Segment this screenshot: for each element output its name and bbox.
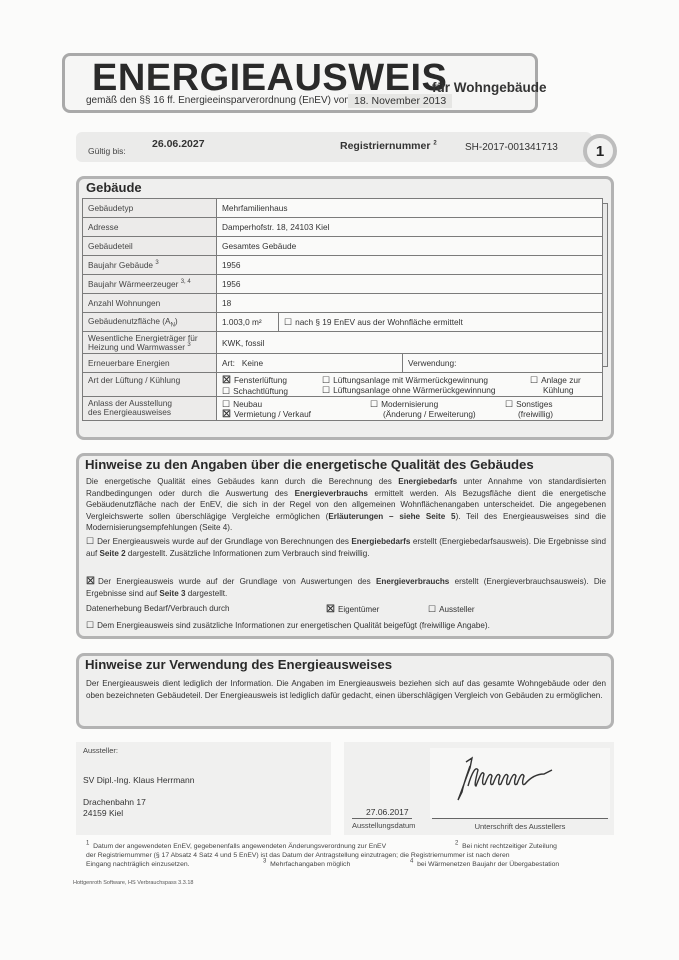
footnote-1: 1 Datum der angewendeten EnEV, gegebenen… xyxy=(86,842,426,851)
option-schachtlueftung[interactable]: ☐Schachtlüftung xyxy=(222,386,322,396)
footnote-text: bei Wärmenetzen Baujahr der Übergabestat… xyxy=(417,861,559,868)
footnote-2-continued: der Registriernummer (§ 17 Absatz 4 Satz… xyxy=(86,851,626,860)
emphasis: Seite 2 xyxy=(100,549,126,558)
row-value: 1956 xyxy=(217,256,603,275)
option-lueftung-ohne-wrg[interactable]: ☐Lüftungsanlage ohne Wärmerückgewinnung xyxy=(322,385,530,395)
option-label: Dem Energieausweis sind zusätzliche Info… xyxy=(97,621,490,630)
usage-notes-title: Hinweise zur Verwendung des Energieauswe… xyxy=(85,657,392,672)
occasion-options: ☐Neubau ☒Vermietung / Verkauf ☐Modernisi… xyxy=(217,397,603,421)
option-modernisierung[interactable]: ☐Modernisierung (Änderung / Erweiterung) xyxy=(370,399,505,420)
row-label: Gebäudeteil xyxy=(83,237,217,256)
additional-info-option[interactable]: ☐Dem Energieausweis sind zusätzliche Inf… xyxy=(86,620,490,631)
row-value: Gesamtes Gebäude xyxy=(217,237,603,256)
table-row: Gebäudetyp Mehrfamilienhaus xyxy=(83,199,603,218)
checkbox-unchecked-icon[interactable]: ☐ xyxy=(530,375,538,385)
signature-label: Unterschrift des Ausstellers xyxy=(432,822,608,831)
option-label: Aussteller xyxy=(439,605,475,614)
checkbox-unchecked-icon[interactable]: ☐ xyxy=(86,536,94,548)
area-option[interactable]: ☐nach § 19 EnEV aus der Wohnfläche ermit… xyxy=(279,313,603,332)
checkbox-unchecked-icon[interactable]: ☐ xyxy=(322,375,330,385)
text: Der Energieausweis wurde auf der Grundla… xyxy=(97,537,351,546)
issuer-street: Drachenbahn 17 xyxy=(83,797,146,807)
emphasis: Energieverbrauchs xyxy=(376,577,449,586)
option-kuehlung[interactable]: ☐Anlage zur Kühlung xyxy=(530,375,581,396)
emphasis: Erläuterungen – siehe Seite 5 xyxy=(328,512,455,521)
row-value: 1956 xyxy=(217,275,603,294)
checkbox-checked-icon[interactable]: ☒ xyxy=(86,576,95,587)
footnote-text: Bei nicht rechtzeitiger Zuteilung xyxy=(462,843,557,850)
art-label: Art: xyxy=(222,358,235,368)
issuer-box xyxy=(76,742,331,835)
checkbox-checked-icon[interactable]: ☒ xyxy=(222,375,231,386)
option-vermietung[interactable]: ☒Vermietung / Verkauf xyxy=(222,409,370,420)
table-row: Wesentliche Energieträger fürHeizung und… xyxy=(83,332,603,354)
footnote-number: 2 xyxy=(455,841,458,847)
checkbox-unchecked-icon[interactable]: ☐ xyxy=(505,399,513,409)
footnote-text: Datum der angewendeten EnEV, gegebenenfa… xyxy=(93,843,386,850)
usage-notes-text: Der Energieausweis dient lediglich der I… xyxy=(86,678,606,701)
footnote-2-end: Eingang nachträglich einzusetzen. xyxy=(86,860,190,869)
option-label: Fensterlüftung xyxy=(234,375,287,385)
row-label: Anlass der Ausstellungdes Energieausweis… xyxy=(83,397,217,421)
row-label-line2: Heizung und Warmwasser xyxy=(88,342,185,352)
option-label: Anlage zur xyxy=(541,375,581,385)
law-date: 18. November 2013 xyxy=(348,94,452,108)
issuer-option[interactable]: ☐Aussteller xyxy=(428,604,475,615)
valid-until-date: 26.06.2027 xyxy=(152,138,205,150)
row-value: Mehrfamilienhaus xyxy=(217,199,603,218)
building-section-title: Gebäude xyxy=(86,180,142,195)
footnote-text: Mehrfachangaben möglich xyxy=(270,861,350,868)
issuer-name: SV Dipl.-Ing. Klaus Herrmann xyxy=(83,775,195,785)
use-label: Verwendung: xyxy=(408,358,456,368)
option-label-line2: Kühlung xyxy=(530,385,581,395)
area-value: 1.003,0 m² xyxy=(217,313,279,332)
row-label: Anzahl Wohnungen xyxy=(83,294,217,313)
registration-label: Registriernummer 2 xyxy=(340,140,437,152)
data-collection-label: Datenerhebung Bedarf/Verbrauch durch xyxy=(86,604,230,613)
table-row: Erneuerbare Energien Art: Keine Verwendu… xyxy=(83,354,603,373)
option-label: Schachtlüftung xyxy=(233,386,288,396)
option-neubau[interactable]: ☐Neubau xyxy=(222,399,370,409)
footnote-4: 4 bei Wärmenetzen Baujahr der Übergabest… xyxy=(410,860,559,869)
option-sonstiges[interactable]: ☐Sonstiges (freiwillig) xyxy=(505,399,553,420)
quality-notes-intro: Die energetische Qualität eines Gebäudes… xyxy=(86,476,606,534)
checkbox-unchecked-icon[interactable]: ☐ xyxy=(428,604,436,615)
table-row: Baujahr Wärmeerzeuger 3, 4 1956 xyxy=(83,275,603,294)
option-label: Eigentümer xyxy=(338,605,379,614)
row-label: Wesentliche Energieträger fürHeizung und… xyxy=(83,332,217,354)
option-fensterlueftung[interactable]: ☒Fensterlüftung xyxy=(222,375,322,386)
consumption-option[interactable]: ☒Der Energieausweis wurde auf der Grundl… xyxy=(86,576,606,599)
text: dargestellt. Zusätzliche Informationen z… xyxy=(126,549,370,558)
registration-label-text: Registriernummer xyxy=(340,140,430,152)
table-row: Baujahr Gebäude 3 1956 xyxy=(83,256,603,275)
row-label: Baujahr Wärmeerzeuger 3, 4 xyxy=(83,275,217,294)
checkbox-unchecked-icon[interactable]: ☐ xyxy=(370,399,378,409)
emphasis: Seite 3 xyxy=(159,589,185,598)
issuer-city: 24159 Kiel xyxy=(83,808,123,818)
option-label: Modernisierung xyxy=(381,399,438,409)
table-row: Adresse Damperhofstr. 18, 24103 Kiel xyxy=(83,218,603,237)
table-row: Gebäudenutzfläche (AN) 1.003,0 m² ☐nach … xyxy=(83,313,603,332)
row-label-text: Baujahr Gebäude xyxy=(88,260,153,270)
checkbox-unchecked-icon[interactable]: ☐ xyxy=(284,317,292,328)
emphasis: Energiebedarfs xyxy=(351,537,410,546)
option-label-line2: (Änderung / Erweiterung) xyxy=(370,409,505,419)
law-reference: gemäß den §§ 16 ff. Energieeinsparverord… xyxy=(86,95,359,106)
text: Die energetische Qualität eines Gebäudes… xyxy=(86,477,398,486)
document-subtitle: für Wohngebäude xyxy=(432,80,547,95)
emphasis: Energiebedarfs xyxy=(398,477,457,486)
footnote-number: 4 xyxy=(410,859,413,865)
row-label-line2: des Energieausweises xyxy=(88,407,171,417)
signature-icon xyxy=(452,756,572,806)
table-row: Gebäudeteil Gesamtes Gebäude xyxy=(83,237,603,256)
checkbox-checked-icon[interactable]: ☒ xyxy=(326,604,335,615)
issue-date: 27.06.2017 xyxy=(366,807,409,817)
table-row: Anzahl Wohnungen 18 xyxy=(83,294,603,313)
row-label: Gebäudetyp xyxy=(83,199,217,218)
row-value: KWK, fossil xyxy=(217,332,603,354)
option-label-line2: (freiwillig) xyxy=(505,409,553,419)
emphasis: Energieverbrauchs xyxy=(295,489,368,498)
renewables-use: Verwendung: xyxy=(403,354,603,373)
option-label: Neubau xyxy=(233,399,262,409)
option-label: Sonstiges xyxy=(516,399,552,409)
ventilation-options: ☒Fensterlüftung ☐Schachtlüftung ☐Lüftung… xyxy=(217,373,603,397)
area-label-end: ) xyxy=(175,316,178,326)
checkbox-unchecked-icon[interactable]: ☐ xyxy=(86,620,94,631)
issue-date-line xyxy=(352,818,412,819)
table-row: Art der Lüftung / Kühlung ☒Fensterlüftun… xyxy=(83,373,603,397)
row-label: Baujahr Gebäude 3 xyxy=(83,256,217,275)
area-option-label: nach § 19 EnEV aus der Wohnfläche ermitt… xyxy=(295,317,463,327)
text: dargestellt. xyxy=(185,589,227,598)
footnote-ref: 3 xyxy=(187,342,190,348)
page-number-badge: 1 xyxy=(583,134,617,168)
footnote-number: 1 xyxy=(86,841,89,847)
issue-date-label: Ausstellungsdatum xyxy=(352,821,412,830)
building-table: Gebäudetyp Mehrfamilienhaus Adresse Damp… xyxy=(82,198,603,421)
art-value: Keine xyxy=(242,358,263,368)
row-label: Erneuerbare Energien xyxy=(83,354,217,373)
footnote-ref: 3 xyxy=(155,260,158,266)
registration-number: SH-2017-001341713 xyxy=(465,142,558,153)
option-label: Lüftungsanlage mit Wärmerückgewinnung xyxy=(333,375,488,385)
row-label-text: Baujahr Wärmeerzeuger xyxy=(88,279,178,289)
checkbox-unchecked-icon[interactable]: ☐ xyxy=(322,385,330,395)
option-label: Vermietung / Verkauf xyxy=(234,409,311,419)
footnote-ref: 3, 4 xyxy=(181,279,191,285)
footnote-number: 3 xyxy=(263,859,266,865)
option-lueftung-mit-wrg[interactable]: ☐Lüftungsanlage mit Wärmerückgewinnung xyxy=(322,375,530,385)
row-label: Adresse xyxy=(83,218,217,237)
owner-option[interactable]: ☒Eigentümer xyxy=(326,604,379,615)
area-label: Gebäudenutzfläche (A xyxy=(88,316,171,326)
software-credit: Hottgenroth Software, HS Verbrauchspass … xyxy=(73,880,193,886)
text: Der Energieausweis wurde auf der Grundla… xyxy=(98,577,376,586)
checkbox-checked-icon[interactable]: ☒ xyxy=(222,409,231,420)
quality-notes-title: Hinweise zu den Angaben über die energet… xyxy=(85,457,534,472)
footnote-3: 3 Mehrfachangaben möglich xyxy=(263,860,350,869)
table-row: Anlass der Ausstellungdes Energieausweis… xyxy=(83,397,603,421)
footnote-2: 2 Bei nicht rechtzeitiger Zuteilung xyxy=(455,842,625,851)
checkbox-unchecked-icon[interactable]: ☐ xyxy=(222,399,230,409)
signature-line xyxy=(432,818,608,819)
checkbox-unchecked-icon[interactable]: ☐ xyxy=(222,386,230,396)
issuer-label: Aussteller: xyxy=(83,746,118,755)
footnote-ref: 2 xyxy=(433,141,436,147)
row-label: Gebäudenutzfläche (AN) xyxy=(83,313,217,332)
valid-until-label: Gültig bis: xyxy=(88,146,126,156)
option-label: Lüftungsanlage ohne Wärmerückgewinnung xyxy=(333,385,495,395)
row-value: 18 xyxy=(217,294,603,313)
row-label: Art der Lüftung / Kühlung xyxy=(83,373,217,397)
renewables-art: Art: Keine xyxy=(217,354,403,373)
demand-option[interactable]: ☐Der Energieausweis wurde auf der Grundl… xyxy=(86,536,606,559)
row-value: Damperhofstr. 18, 24103 Kiel xyxy=(217,218,603,237)
law-text: gemäß den §§ 16 ff. Energieeinsparverord… xyxy=(86,95,353,106)
